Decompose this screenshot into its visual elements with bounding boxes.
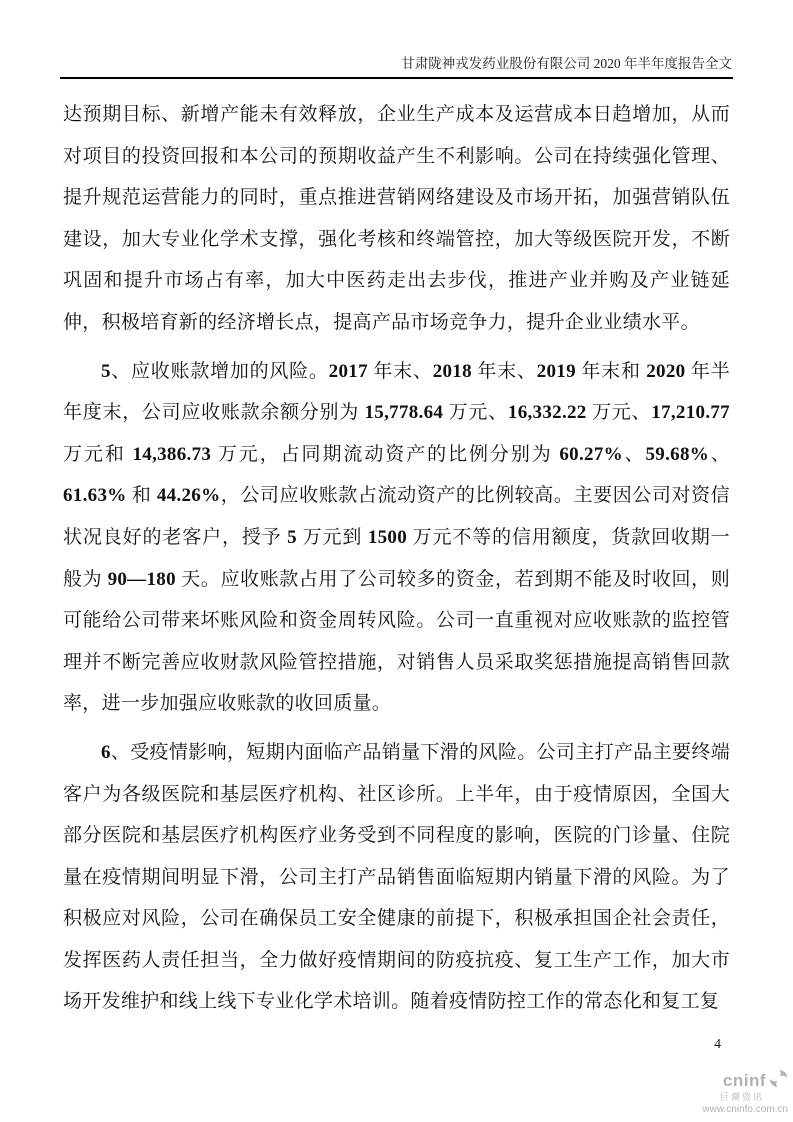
header-rule: [60, 77, 733, 79]
text-run: 、应收账款增加的风险。: [111, 361, 329, 382]
text-run: 万元、: [443, 402, 508, 423]
text-run: 天。应收账款占用了公司较多的资金，若到期不能及时收回，则可能给公司带来坏账风险和…: [63, 569, 730, 715]
body-paragraph: 达预期目标、新增产能未有效释放，企业生产成本及运营成本日趋增加，从而对项目的投资…: [63, 94, 730, 344]
bold-number-run: 5: [101, 361, 111, 382]
bold-number-run: 61.63%: [63, 485, 127, 506]
bold-number-run: 60.27%: [559, 444, 623, 465]
bold-number-run: 6: [101, 742, 111, 763]
text-run: 年末、: [368, 361, 433, 382]
cninfo-brand-text: cninf: [723, 1072, 766, 1089]
text-run: 万元和: [63, 444, 132, 465]
page-number: 4: [714, 1036, 721, 1052]
text-run: 万元，占同期流动资产的比例分别为: [211, 444, 559, 465]
cninfo-url: www.cninfo.com.cn: [702, 1105, 788, 1115]
bold-number-run: 14,386.73: [132, 444, 211, 465]
body-paragraph: 6、受疫情影响，短期内面临产品销量下滑的风险。公司主打产品主要终端客户为各级医院…: [63, 732, 730, 1023]
text-run: 和: [127, 485, 157, 506]
bold-number-run: 2020: [646, 361, 685, 382]
cninfo-chinese-name: 巨潮资讯: [702, 1093, 788, 1102]
bold-number-run: 17,210.77: [651, 402, 730, 423]
bold-number-run: 2017: [329, 361, 368, 382]
cninfo-logo-row: cninf: [702, 1070, 788, 1091]
text-run: 年末、: [472, 361, 537, 382]
body-paragraph: 5、应收账款增加的风险。2017 年末、2018 年末、2019 年末和 202…: [63, 351, 730, 725]
running-header-title: 甘肃陇神戎发药业股份有限公司 2020 年半年度报告全文: [60, 56, 732, 72]
bold-number-run: 90—180: [108, 569, 176, 590]
report-page: 甘肃陇神戎发药业股份有限公司 2020 年半年度报告全文 达预期目标、新增产能未…: [0, 0, 793, 1122]
bold-number-run: 2018: [433, 361, 472, 382]
bold-number-run: 59.68%: [646, 444, 710, 465]
bold-number-run: 1500: [368, 527, 407, 548]
body-text: 达预期目标、新增产能未有效释放，企业生产成本及运营成本日趋增加，从而对项目的投资…: [63, 94, 730, 1023]
text-run: 年末和: [576, 361, 646, 382]
bold-number-run: 2019: [537, 361, 576, 382]
bold-number-run: 5: [287, 527, 297, 548]
bold-number-run: 16,332.22: [508, 402, 587, 423]
text-run: 万元、: [587, 402, 652, 423]
cninfo-logo: cninf 巨潮资讯 www.cninfo.com.cn: [702, 1070, 788, 1115]
text-run: 、: [623, 444, 646, 465]
cninfo-swirl-icon: [769, 1070, 788, 1091]
bold-number-run: 15,778.64: [365, 402, 444, 423]
text-run: 、: [709, 444, 730, 465]
bold-number-run: 44.26%: [157, 485, 221, 506]
text-run: 达预期目标、新增产能未有效释放，企业生产成本及运营成本日趋增加，从而对项目的投资…: [63, 104, 730, 333]
text-run: 万元到: [297, 527, 368, 548]
text-run: 、受疫情影响，短期内面临产品销量下滑的风险。公司主打产品主要终端客户为各级医院和…: [63, 742, 730, 1013]
